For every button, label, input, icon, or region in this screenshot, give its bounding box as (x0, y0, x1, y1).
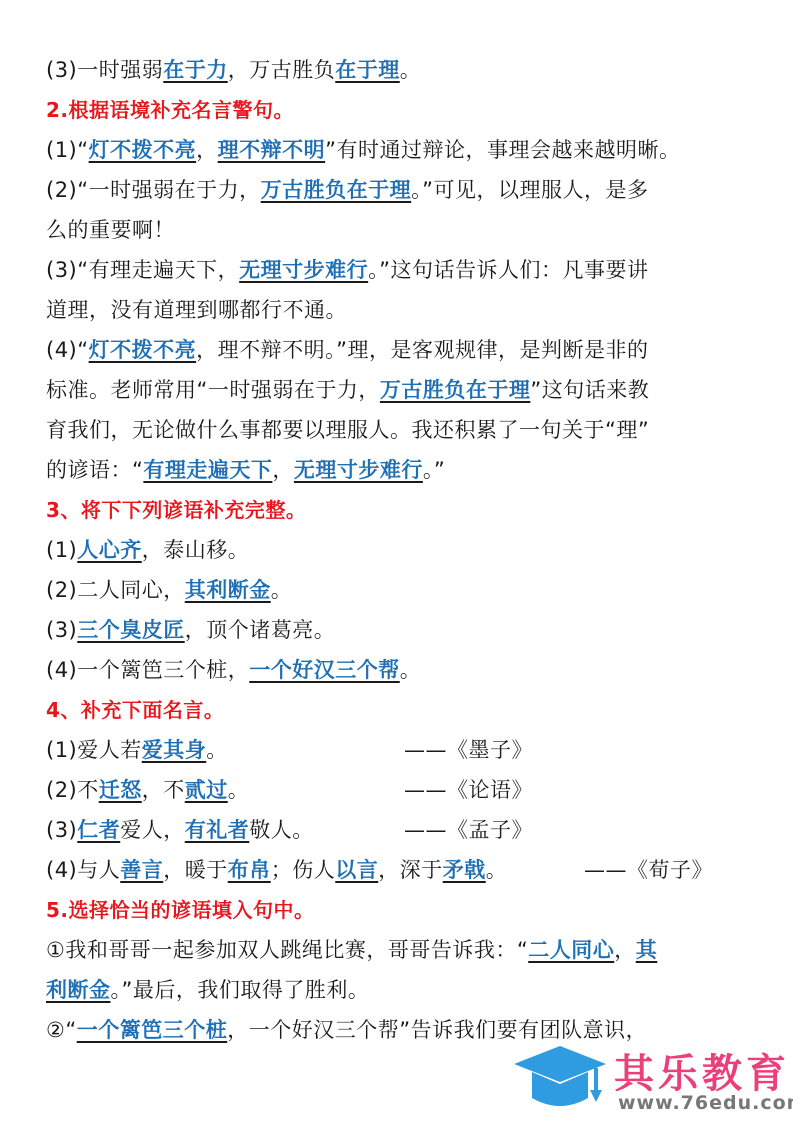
answer: 无理寸步难行 (239, 258, 368, 282)
answer: 灯不拨不亮 (89, 338, 197, 362)
answer: 人心齐 (77, 538, 142, 562)
s4-item4: (4)与人善言，暖于布帛；伤人以言，深于矛戟。 ——《荀子》 (46, 850, 752, 890)
answer: 利断金 (46, 978, 111, 1002)
text: 的谚语：“ (46, 458, 143, 482)
answer: 无理寸步难行 (294, 458, 423, 482)
item-number: (3) (46, 58, 77, 82)
answer: 善言 (120, 858, 163, 882)
s2-item1: (1)“灯不拨不亮，理不辩不明”有时通过辩论，事理会越来越明晰。 (46, 130, 752, 170)
answer: 一个好汉三个帮 (249, 658, 400, 682)
text: ，万古胜负 (228, 58, 336, 82)
s5-item1: ①我和哥哥一起参加双人跳绳比赛，哥哥告诉我：“二人同心，其 (46, 930, 752, 970)
text: 我和哥哥一起参加双人跳绳比赛，哥哥告诉我：“ (65, 938, 528, 962)
quote-source: ——《墨子》 (404, 730, 533, 770)
s2-item4-line3: 育我们，无论做什么事都要以理服人。我还积累了一句关于“理” (46, 410, 752, 450)
s3-item2: (2)二人同心，其利断金。 (46, 570, 752, 610)
text: ， (272, 458, 294, 482)
s2-item4-line2: 标准。老师常用“一时强弱在于力，万古胜负在于理”这句话来教 (46, 370, 752, 410)
s1-item3: (3)一时强弱在于力，万古胜负在于理。 (46, 50, 752, 90)
text: 。”可见，以理服人，是多 (411, 178, 648, 202)
text: ”有时通过辩论，事理会越来越明晰。 (325, 138, 680, 162)
text: ，暖于 (163, 858, 228, 882)
text: 爱人若 (77, 738, 142, 762)
text: 。” (423, 458, 445, 482)
s4-item2: (2)不迁怒，不贰过。 ——《论语》 (46, 770, 752, 810)
answer: 有理走遍天下 (143, 458, 272, 482)
answer: 其 (636, 938, 658, 962)
item-number: (2) (46, 578, 77, 602)
text: 。 (228, 778, 250, 802)
answer: 万古胜负在于理 (261, 178, 412, 202)
s4-item1: (1)爱人若爱其身。 ——《墨子》 (46, 730, 752, 770)
text: 不 (77, 778, 99, 802)
answer: 灯不拨不亮 (89, 138, 197, 162)
text: 。 (486, 858, 508, 882)
answer: 有礼者 (185, 818, 250, 842)
text: “ (65, 1018, 76, 1042)
section5-heading: 5.选择恰当的谚语填入句中。 (46, 890, 752, 930)
s4-item3: (3)仁者爱人，有礼者敬人。 ——《孟子》 (46, 810, 752, 850)
answer: 布帛 (228, 858, 271, 882)
text: ，深于 (378, 858, 443, 882)
item-number: (3) (46, 258, 77, 282)
answer: 矛戟 (443, 858, 486, 882)
text: ， (196, 138, 218, 162)
s2-item3: (3)“有理走遍天下，无理寸步难行。”这句话告诉人们：凡事要讲 (46, 250, 752, 290)
answer: 在于理 (335, 58, 400, 82)
s3-item4: (4)一个篱笆三个桩，一个好汉三个帮。 (46, 650, 752, 690)
answer: 三个臭皮匠 (77, 618, 185, 642)
item-number: (4) (46, 858, 77, 882)
text: “一时强弱在于力， (77, 178, 260, 202)
text: ， (614, 938, 636, 962)
quote-source: ——《荀子》 (584, 850, 713, 890)
text: 。 (400, 658, 422, 682)
answer: 仁者 (77, 818, 120, 842)
text: 一个篱笆三个桩， (77, 658, 249, 682)
section4-heading: 4、补充下面名言。 (46, 690, 752, 730)
graduation-cap-icon (510, 1042, 610, 1114)
s3-item1: (1)人心齐，泰山移。 (46, 530, 752, 570)
watermark-logo: 其乐教育 www.76edu.com (510, 1040, 790, 1120)
text: ；伤人 (271, 858, 336, 882)
text: 。 (400, 58, 422, 82)
item-number: (1) (46, 738, 77, 762)
answer: 万古胜负在于理 (380, 378, 531, 402)
text: “ (77, 338, 88, 362)
item-number: (2) (46, 778, 77, 802)
logo-title: 其乐教育 (614, 1042, 790, 1099)
s2-item4: (4)“灯不拨不亮，理不辩不明。”理，是客观规律，是判断是非的 (46, 330, 752, 370)
section2-heading: 2.根据语境补充名言警句。 (46, 90, 752, 130)
s3-item3: (3)三个臭皮匠，顶个诸葛亮。 (46, 610, 752, 650)
text: 一时强弱 (77, 58, 163, 82)
text: 敬人。 (249, 818, 314, 842)
text: “有理走遍天下， (77, 258, 239, 282)
item-number: (1) (46, 538, 77, 562)
text: 爱人， (120, 818, 185, 842)
text: ，不 (142, 778, 185, 802)
answer: 一个篱笆三个桩 (77, 1018, 228, 1042)
answer: 以言 (335, 858, 378, 882)
text: 与人 (77, 858, 120, 882)
text: 。 (206, 738, 228, 762)
answer: 爱其身 (142, 738, 207, 762)
answer: 二人同心 (528, 938, 614, 962)
s2-item2: (2)“一时强弱在于力，万古胜负在于理。”可见，以理服人，是多 (46, 170, 752, 210)
s2-item3-cont: 道理，没有道理到哪都行不通。 (46, 290, 752, 330)
text: 。”最后，我们取得了胜利。 (111, 978, 370, 1002)
text: 标准。老师常用“一时强弱在于力， (46, 378, 380, 402)
text: 。”这句话告诉人们：凡事要讲 (368, 258, 648, 282)
s5-item1-cont: 利断金。”最后，我们取得了胜利。 (46, 970, 752, 1010)
text: ，一个好汉三个帮”告诉我们要有团队意识， (227, 1018, 647, 1042)
section3-heading: 3、将下下列谚语补充完整。 (46, 490, 752, 530)
quote-source: ——《论语》 (404, 770, 533, 810)
answer: 迁怒 (99, 778, 142, 802)
item-number: ② (46, 1018, 65, 1042)
item-number: ① (46, 938, 65, 962)
item-number: (1) (46, 138, 77, 162)
item-number: (2) (46, 178, 77, 202)
answer: 在于力 (163, 58, 228, 82)
item-number: (4) (46, 338, 77, 362)
answer: 其利断金 (185, 578, 271, 602)
quote-source: ——《孟子》 (404, 810, 533, 850)
text: ，泰山移。 (142, 538, 250, 562)
s2-item4-line4: 的谚语：“有理走遍天下，无理寸步难行。” (46, 450, 752, 490)
text: ”这句话来教 (530, 378, 649, 402)
worksheet-page: (3)一时强弱在于力，万古胜负在于理。 2.根据语境补充名言警句。 (1)“灯不… (46, 50, 752, 1050)
text: “ (77, 138, 88, 162)
item-number: (4) (46, 658, 77, 682)
text: 。 (271, 578, 293, 602)
item-number: (3) (46, 818, 77, 842)
logo-url: www.76edu.com (618, 1092, 793, 1114)
text: ，理不辩不明。”理，是客观规律，是判断是非的 (196, 338, 648, 362)
answer: 贰过 (185, 778, 228, 802)
s2-item2-cont: 么的重要啊！ (46, 210, 752, 250)
answer: 理不辩不明 (218, 138, 326, 162)
item-number: (3) (46, 618, 77, 642)
text: 二人同心， (77, 578, 185, 602)
text: ，顶个诸葛亮。 (185, 618, 336, 642)
